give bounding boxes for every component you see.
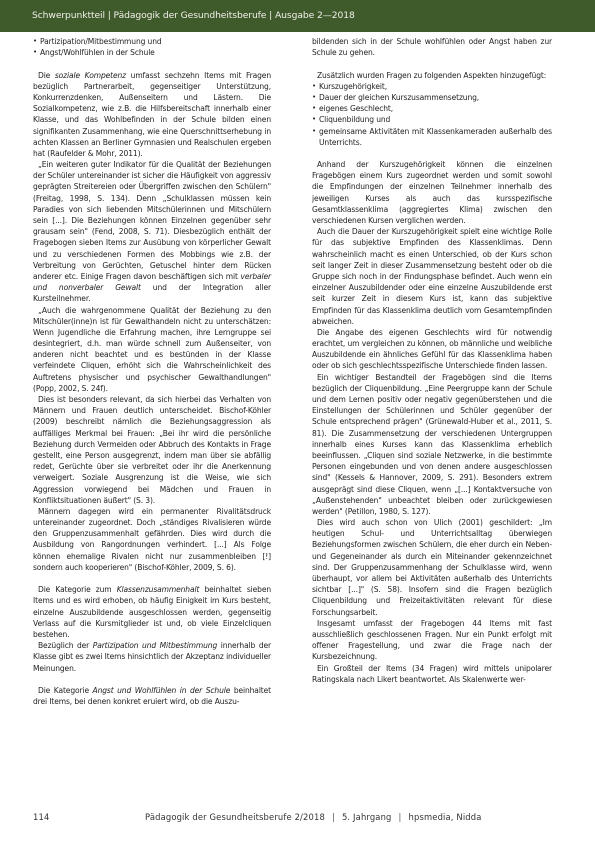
paragraph-continuation: bildenden sich in der Schule wohlfühlen … <box>312 36 552 58</box>
paragraph-relationship-quality: „Auch die wahrgenommene Qualität der Bez… <box>33 305 271 395</box>
paragraph-participation: Bezüglich der Partizipation und Mitbesti… <box>33 640 271 674</box>
paragraph-ulich: Dies wird auch schon von Ulich (2001) ge… <box>312 517 552 618</box>
list-item: Dauer der gleichen Kurszusammensetzung, <box>312 92 552 103</box>
aspects-list: Kurszugehörigkeit, Dauer der gleichen Ku… <box>312 81 552 148</box>
paragraph-fear-wellbeing: Die Kategorie Angst und Wohlfühlen in de… <box>33 685 271 707</box>
right-column: bildenden sich in der Schule wohlfühlen … <box>312 36 552 685</box>
paragraph-gender-differences: Dies ist besonders relevant, da sich hie… <box>33 394 271 506</box>
paragraph-additional-aspects: Zusätzlich wurden Fragen zu folgenden As… <box>312 70 552 81</box>
paragraph-likert: Ein Großteil der Items (34 Fragen) wird … <box>312 663 552 685</box>
page-header: Schwerpunktteil | Pädagogik der Gesundhe… <box>0 0 595 32</box>
list-item: gemeinsame Aktivitäten mit Klassenkamera… <box>312 126 552 148</box>
list-item: eigenes Geschlecht, <box>312 103 552 114</box>
paragraph-social-competence: Die soziale Kompetenz umfasst sechzehn I… <box>33 70 271 160</box>
separator: | <box>332 812 335 822</box>
journal-title: Pädagogik der Gesundheitsberufe 2/2018 <box>145 812 325 822</box>
paragraph-rivalry: Männern dagegen wird ein permanenter Riv… <box>33 506 271 573</box>
page-number: 114 <box>33 812 49 822</box>
left-column: Partizipation/Mitbestimmung und Angst/Wo… <box>33 36 271 707</box>
category-list: Partizipation/Mitbestimmung und Angst/Wo… <box>33 36 271 58</box>
paragraph-class-cohesion: Die Kategorie zum Klassenzusammenhalt be… <box>33 584 271 640</box>
paragraph-course-membership: Anhand der Kurszugehörigkeit können die … <box>312 159 552 226</box>
volume: 5. Jahrgang <box>342 812 392 822</box>
running-header-title: Schwerpunktteil | Pädagogik der Gesundhe… <box>32 10 355 21</box>
separator: | <box>399 812 402 822</box>
list-item: Angst/Wohlfühlen in der Schule <box>33 47 271 58</box>
paragraph-course-duration: Auch die Dauer der Kurszugehörigkeit spi… <box>312 226 552 327</box>
paragraph-cliques: Ein wichtiger Bestandteil der Fragebögen… <box>312 372 552 517</box>
journal-info: Pädagogik der Gesundheitsberufe 2/2018|5… <box>145 812 482 822</box>
publisher: hpsmedia, Nidda <box>409 812 482 822</box>
paragraph-item-count: Insgesamt umfasst der Fragebogen 44 Item… <box>312 618 552 663</box>
paragraph-gender: Die Angabe des eigenen Geschlechts wird … <box>312 327 552 372</box>
list-item: Cliquenbildung und <box>312 114 552 125</box>
list-item: Kurszugehörigkeit, <box>312 81 552 92</box>
paragraph-aggression: „Ein weiteren guter Indikator für die Qu… <box>33 159 271 304</box>
list-item: Partizipation/Mitbestimmung und <box>33 36 271 47</box>
